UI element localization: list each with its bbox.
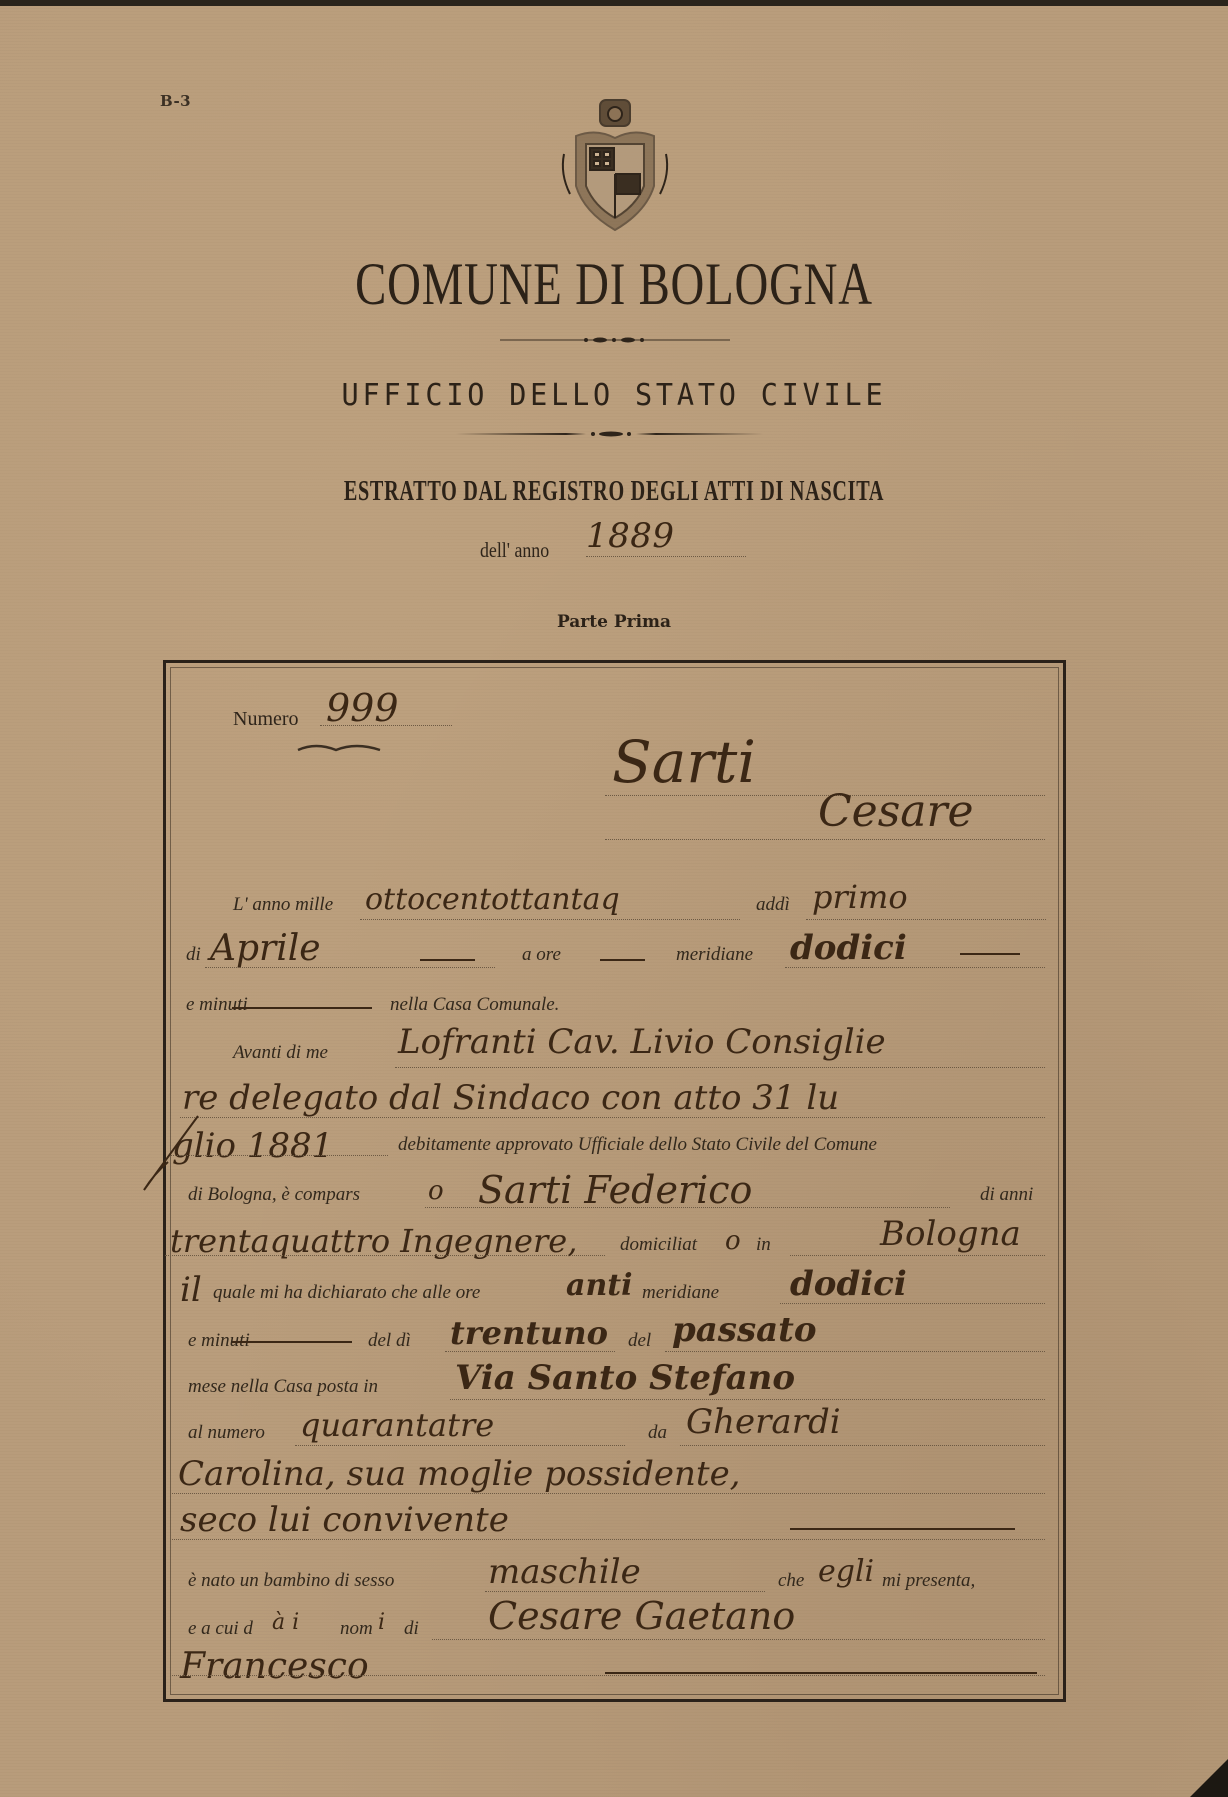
label-del: del [628, 1330, 651, 1352]
label-avanti: Avanti di me [233, 1042, 328, 1064]
label-domiciliat: domiciliat [620, 1234, 697, 1256]
label-e-minuti: e minuti [186, 994, 248, 1016]
hw-mother-surname: Gherardi [686, 1402, 841, 1442]
hw-mother: Carolina, sua moglie possidente, [178, 1454, 741, 1494]
label-debitamente: debitamente approvato Ufficiale dello St… [398, 1134, 877, 1156]
label-quale: quale mi ha dichiarato che alle ore [213, 1282, 480, 1304]
hw-compars-suffix: o [428, 1176, 444, 1206]
label-nato: è nato un bambino di sesso [188, 1570, 394, 1592]
hw-city: Bologna [880, 1214, 1021, 1254]
field-passato [665, 1350, 1045, 1352]
label-del-di: del dì [368, 1330, 411, 1352]
field-mother-surname [680, 1444, 1045, 1446]
hw-hour: dodici [790, 928, 907, 968]
label-casa-comunale: nella Casa Comunale. [390, 994, 559, 1016]
field-child-names-2 [170, 1674, 1045, 1676]
year-label: dell' anno [480, 538, 549, 563]
hw-sex: maschile [488, 1552, 641, 1592]
hw-passato: passato [672, 1310, 817, 1350]
label-di-anni: di anni [980, 1184, 1033, 1206]
label-che: che [778, 1570, 804, 1592]
field-day [806, 918, 1046, 920]
field-sex [485, 1590, 765, 1592]
hw-street: Via Santo Stefano [455, 1358, 795, 1398]
label-in: in [756, 1234, 771, 1256]
label-di-names: di [404, 1618, 419, 1640]
hw-house-number: quarantatre [300, 1406, 494, 1444]
hw-officer-1: Lofranti Cav. Livio Consiglie [398, 1022, 886, 1062]
field-child-names [432, 1638, 1045, 1640]
hw-child-names-2: Francesco [180, 1646, 369, 1687]
label-meridiane: meridiane [676, 944, 753, 966]
hw-officer-2: re delegato dal Sindaco con atto 31 lu [182, 1078, 839, 1118]
field-officer [395, 1066, 1045, 1068]
hw-birth-day: trentuno [450, 1314, 608, 1352]
hw-anti: anti [566, 1268, 633, 1303]
ornamental-divider [456, 430, 766, 438]
bologna-coat-of-arms-icon [556, 94, 674, 234]
year-row: dell' anno 1889 [480, 538, 561, 578]
field-birth-hour [780, 1302, 1045, 1304]
hw-year-words: ottocentottantaq [365, 882, 620, 917]
municipality-title: COMUNE DI BOLOGNA [135, 250, 1093, 319]
dash-stroke [600, 959, 645, 961]
dash-stroke [960, 953, 1020, 955]
hw-da-i: à i [272, 1610, 299, 1635]
field-officer-2 [180, 1116, 1045, 1118]
dash-stroke [232, 1007, 372, 1009]
hw-birth-hour: dodici [790, 1264, 907, 1304]
label-mese-casa: mese nella Casa posta in [188, 1376, 378, 1398]
hw-month: Aprile [210, 928, 321, 969]
field-city [790, 1254, 1045, 1256]
field-birth-day [445, 1350, 615, 1352]
label-anno-mille: L' anno mille [233, 894, 333, 916]
hw-seco-lui: seco lui convivente [180, 1500, 509, 1540]
ornamental-divider [500, 336, 730, 344]
dash-stroke [790, 1528, 1015, 1530]
margin-pen-stroke [140, 1114, 200, 1194]
field-month [205, 966, 495, 968]
surname-value: Sarti [612, 728, 756, 796]
label-di-bologna: di Bologna, è compars [188, 1184, 360, 1206]
field-year-words [360, 918, 740, 920]
label-a-cui: e a cui d [188, 1618, 253, 1640]
flourish-icon [296, 742, 382, 754]
office-title: UFFICIO DELLO STATO CIVILE [31, 378, 1198, 413]
record-number-field [320, 724, 452, 726]
label-presenta: mi presenta, [882, 1570, 975, 1592]
field-age-occupation [165, 1254, 605, 1256]
label-di: di [186, 944, 201, 966]
field-street [450, 1398, 1045, 1400]
record-number-label: Numero [233, 708, 299, 731]
field-seco-lui [170, 1538, 1045, 1540]
field-father [425, 1206, 950, 1208]
hw-day: primo [812, 878, 908, 916]
given-name-value: Cesare [818, 786, 974, 837]
field-house-number [295, 1444, 625, 1446]
hw-nom-suffix: i [378, 1610, 385, 1635]
hw-il: il [180, 1270, 202, 1310]
register-title: ESTRATTO DAL REGISTRO DEGLI ATTI DI NASC… [172, 476, 1056, 508]
year-value: 1889 [586, 516, 746, 557]
hw-child-names: Cesare Gaetano [488, 1594, 795, 1638]
field-mother [170, 1492, 1045, 1494]
label-addi: addì [756, 894, 790, 916]
label-nom: nom [340, 1618, 373, 1640]
label-meridiane-2: meridiane [642, 1282, 719, 1304]
hw-domiciliat-suffix: o [725, 1226, 741, 1256]
label-da: da [648, 1422, 667, 1444]
dash-stroke [420, 959, 475, 961]
hw-egli: egli [818, 1554, 874, 1589]
field-officer-3 [170, 1154, 388, 1156]
label-a-ore: a ore [522, 944, 561, 966]
certificate-page: B-3 COMUNE DI BOLOGNA UFFICIO DELLO STAT… [0, 6, 1228, 1797]
dash-stroke [232, 1341, 352, 1343]
section-title: Parte Prima [0, 612, 1228, 632]
form-serial-code: B-3 [160, 92, 191, 110]
label-al-numero: al numero [188, 1422, 265, 1444]
given-name-field [605, 838, 1045, 840]
torn-corner [1190, 1759, 1228, 1797]
field-hour [785, 966, 1045, 968]
